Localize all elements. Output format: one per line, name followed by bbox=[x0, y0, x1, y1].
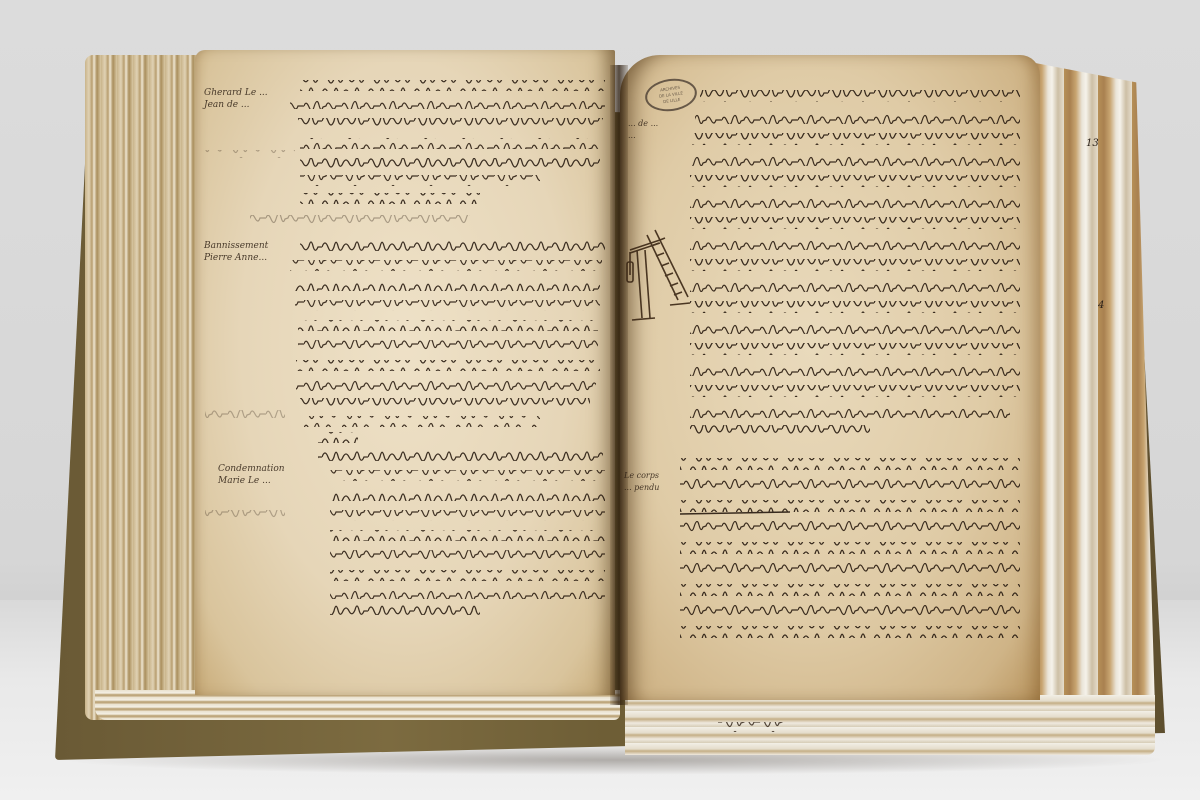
margin-note-5-line-2: ... pendu bbox=[624, 482, 659, 494]
page-stack-left bbox=[85, 55, 205, 720]
margin-note-5: Le corps ... pendu bbox=[624, 470, 659, 494]
stamp-line-3: DE LILLE bbox=[663, 97, 681, 105]
margin-note-1-line-2: Jean de ... bbox=[204, 99, 268, 111]
margin-note-2-line-1: Bannissement bbox=[204, 240, 268, 252]
margin-note-3-line-2: Marie Le ... bbox=[218, 475, 285, 487]
margin-note-4-line-1: ... de ... bbox=[628, 118, 658, 130]
fore-edge-number-1: 13 bbox=[1086, 138, 1099, 149]
left-page bbox=[195, 50, 615, 695]
margin-note-1: Gherard Le ... Jean de ... bbox=[204, 87, 268, 111]
margin-note-3: Condemnation Marie Le ... bbox=[218, 463, 285, 487]
margin-note-4-line-2: ... bbox=[628, 130, 658, 142]
page-edge-bottom-right bbox=[625, 695, 1155, 755]
margin-note-2: Bannissement Pierre Anne... bbox=[204, 240, 268, 264]
margin-note-4: ... de ... ... bbox=[628, 118, 658, 142]
margin-note-3-line-1: Condemnation bbox=[218, 463, 285, 475]
fore-edge-number-2: 4 bbox=[1098, 300, 1104, 311]
margin-note-2-line-2: Pierre Anne... bbox=[204, 252, 268, 264]
right-page bbox=[620, 55, 1040, 700]
scene-description: Open handwritten manuscript register on … bbox=[0, 0, 1, 1]
margin-note-5-line-1: Le corps bbox=[624, 470, 659, 482]
margin-note-1-line-1: Gherard Le ... bbox=[204, 87, 268, 99]
page-stack-right bbox=[1030, 62, 1155, 742]
book-gutter bbox=[610, 65, 628, 705]
